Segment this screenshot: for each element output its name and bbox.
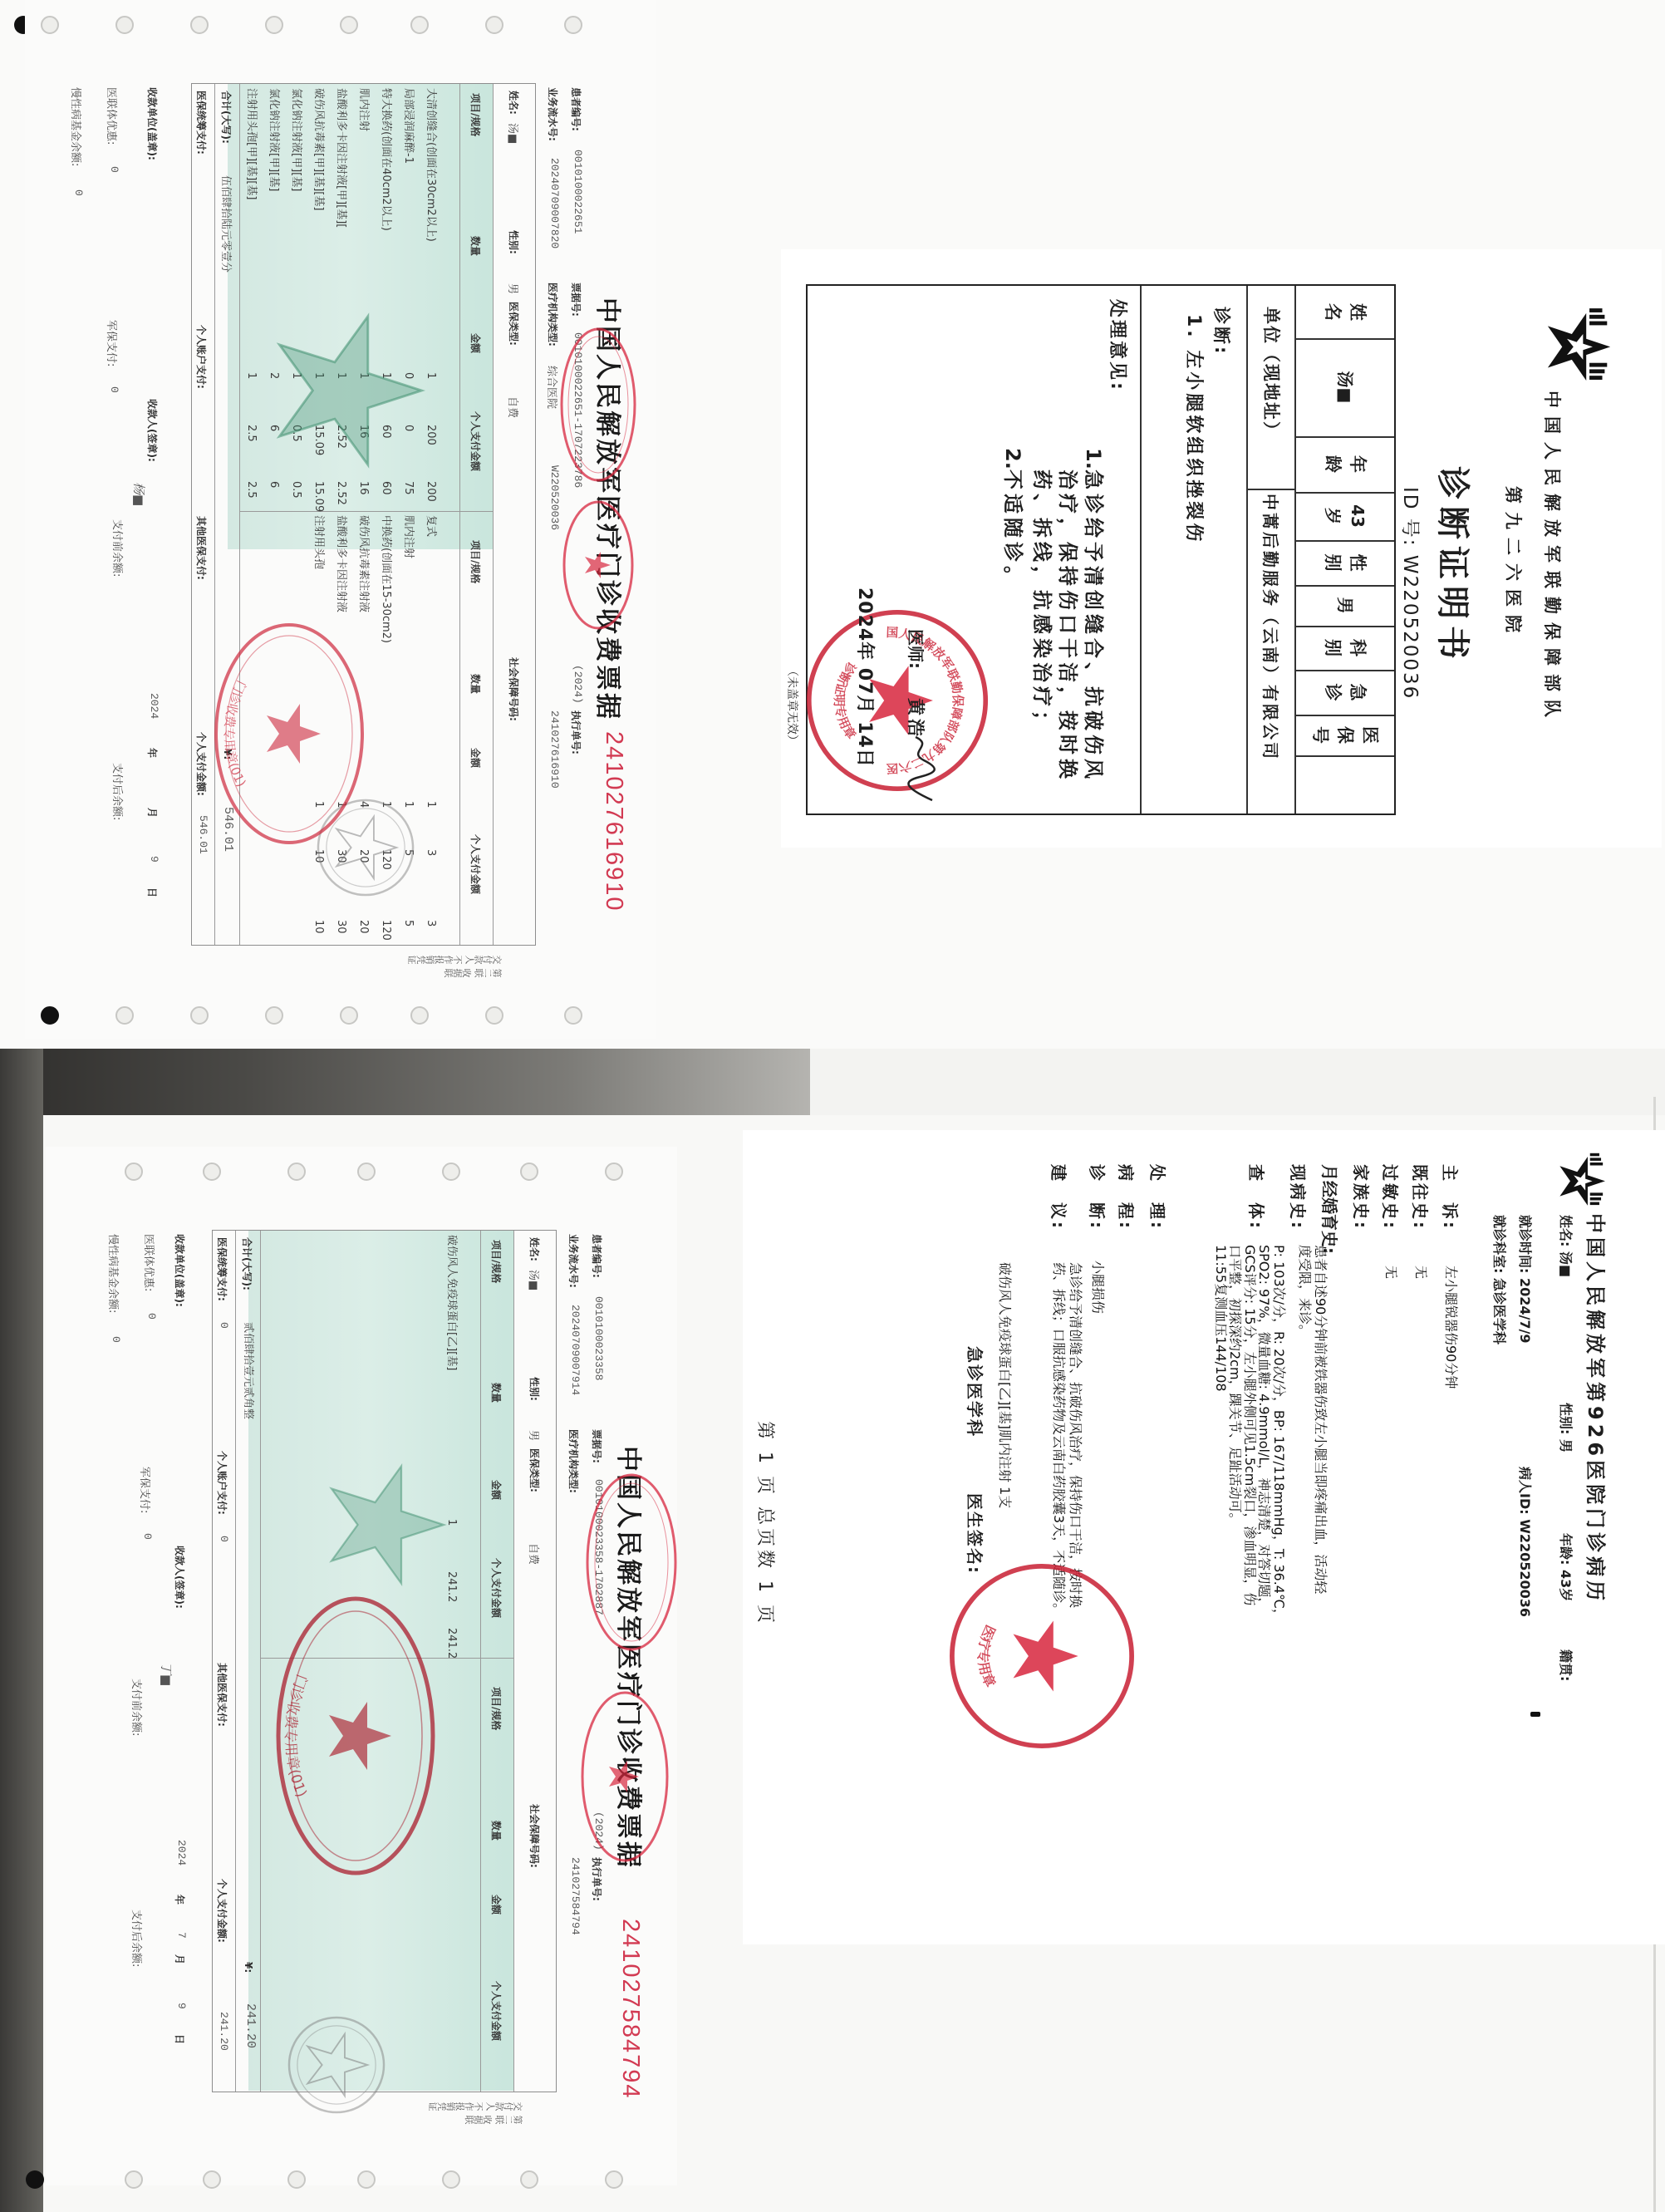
total-amount: 241.20 — [243, 2003, 258, 2048]
date-year-unit: 年 — [173, 1895, 187, 1905]
date-day-unit: 日 — [173, 2034, 187, 2044]
chronic-fund: 0 — [110, 1336, 122, 1343]
business-no-label: 业务流水号: — [546, 87, 560, 141]
perforation-hole — [485, 16, 503, 34]
hospital-logo-icon — [1555, 1151, 1610, 1209]
col-qty: 数量 — [489, 1383, 503, 1403]
opinion-item: 1. 急诊给予清创缝合、抗破伤风治疗，保持伤口干洁，按时换药、拆线，抗感染治疗； — [1029, 448, 1106, 785]
section-label-advice: 建 议: — [1048, 1164, 1072, 1231]
item-personal: 30 — [330, 920, 352, 934]
patient-id-field: 病人ID: W220520036 — [1516, 1467, 1535, 1617]
opinion-item: 2. 不适随诊。 — [999, 448, 1025, 785]
balance-after-label: 支付后余额: — [111, 763, 126, 820]
fund-pay-label: 医保统筹支付: — [215, 1237, 229, 1301]
name-label-cell: 姓名 — [1296, 286, 1394, 338]
item-name: 盐酸利多卡因注射液[甲][基][ — [330, 88, 352, 228]
side-note-line: 第二联 收据联 — [465, 2114, 523, 2125]
ssn-label: 社会保障号码: — [528, 1804, 542, 1868]
other-pay-label: 其他医保支付: — [194, 516, 209, 580]
item-name: 复式 — [420, 515, 442, 537]
sign-department: 急诊医学科 — [964, 1346, 988, 1438]
date-day-unit: 日 — [145, 887, 160, 897]
perforation-hole — [203, 1163, 221, 1181]
perforation-hole — [564, 16, 582, 34]
perforation-hole — [125, 2170, 143, 2189]
section-label-treatment: 处 理: — [1147, 1164, 1171, 1231]
row-divider — [235, 1231, 236, 2092]
item-personal: 3 — [420, 920, 442, 927]
medication-order: 破伤风人免疫球蛋白[乙][基]肌内注射 1支 — [996, 1262, 1015, 1508]
item-personal: 200 — [420, 481, 442, 502]
item-name: 肌内注射 — [352, 88, 375, 131]
col-item: 项目/规格 — [469, 93, 483, 136]
payee-label: 收款人(签章): — [145, 399, 160, 462]
opinion-number: 2. — [999, 448, 1025, 469]
dept-value: 急诊 — [1320, 682, 1370, 701]
outpatient-record: 中国人民解放军第926医院门诊病历 姓名: 汤■ 性别: 男 年龄: 43岁 籍… — [743, 1130, 1665, 1944]
age-label: 年龄 — [1320, 455, 1370, 474]
item-name: 大清创缝合(创面在30cm2以上) — [420, 88, 442, 242]
military-pay-label: 军保支付: — [138, 1467, 154, 1513]
item-personal: 16 — [352, 481, 375, 495]
col-personal: 个人支付金额 — [469, 411, 483, 471]
unit-label: 单位（现地址） — [1260, 307, 1284, 440]
section-label-present-illness: 现病史: — [1287, 1164, 1311, 1231]
doctor-name: 黄浩 — [904, 698, 929, 740]
alliance-discount-label: 医联体优惠: — [105, 87, 120, 145]
balance-after-label: 支付后余额: — [130, 1910, 145, 1967]
item-personal: 75 — [397, 481, 420, 495]
diagnosis-certificate: 中国人民解放军联勤保障部队 第九二六医院 诊断证明书 ID 号: W220520… — [781, 249, 1662, 848]
side-note-line: 第二联 收据联 — [444, 967, 503, 978]
perforation-hole — [115, 1006, 134, 1025]
age-unit: 岁 — [1320, 508, 1345, 524]
exec-no: 241027584794 — [569, 1857, 582, 1935]
ink-mark — [1530, 1712, 1540, 1717]
section-label-course: 病 程: — [1115, 1164, 1139, 1231]
gender-label: 性别: — [507, 230, 521, 254]
insurance-type-value: 自费 — [506, 396, 522, 418]
military-pay: 0 — [108, 386, 120, 393]
opinion-label: 处理意见: — [1106, 299, 1132, 392]
text-line: 11:55复测血压144/108 — [1212, 1245, 1231, 1392]
military-pay-label: 军保支付: — [105, 320, 120, 366]
dept-cell: 急诊 — [1296, 670, 1394, 715]
insurance-type-label: 医保类型: — [507, 302, 521, 346]
col-amount: 金额 — [489, 1895, 503, 1915]
gender-label: 性别 — [1320, 553, 1370, 572]
gender-value: 男 — [1558, 1439, 1574, 1453]
item-personal: 15.09 — [307, 481, 330, 512]
item-personal: 2.5 — [240, 481, 263, 499]
insurance-type-label: 医保类型: — [528, 1448, 542, 1492]
section-label-allergy: 过敏史: — [1379, 1164, 1403, 1231]
personal-pay-label: 个人支付金额: — [194, 732, 209, 796]
supervision-stamp-icon — [558, 326, 638, 484]
patient-no: 0010100023358 — [592, 1296, 605, 1380]
item-name: 氯化钠注射液[甲][基] — [263, 88, 285, 191]
balance-before-label: 支付前余额: — [130, 1679, 145, 1736]
perforation-hole — [287, 1163, 306, 1181]
hospital-logo-icon — [1545, 305, 1613, 386]
item-personal: 6 — [263, 481, 285, 488]
patient-name: 汤■ — [1333, 371, 1358, 404]
item-name: 注射用头孢 — [307, 515, 330, 569]
chronic-fund-label: 慢性病基金余额: — [106, 1234, 122, 1313]
record-title: 中国人民解放军第926医院门诊病历 — [1583, 1213, 1612, 1605]
desk-gap-band — [0, 1049, 810, 1115]
text-line: 左小腿锐器伤90分钟 — [1442, 1266, 1461, 1389]
other-pay-label: 其他医保支付: — [215, 1663, 229, 1727]
item-personal: 0.5 — [285, 481, 307, 499]
diagnosis-item: 1. 左小腿软组织挫裂伤 — [1182, 314, 1208, 544]
item-amount: 2.5 — [240, 425, 263, 442]
date-month-unit: 月 — [145, 808, 160, 818]
gender-label: 性别: — [528, 1377, 542, 1401]
patient-name: 汤■ — [1558, 1251, 1574, 1277]
date-year: 2024 — [148, 693, 160, 719]
emblem-stamp-icon — [285, 2013, 388, 2116]
certificate-title: 诊断证明书 — [1432, 466, 1479, 666]
gender-field: 性别: 男 — [1557, 1403, 1576, 1453]
fund-pay-label: 医保统筹支付: — [194, 91, 209, 155]
account-pay-label: 个人账户支付: — [194, 325, 209, 389]
age-label-cell: 年龄 — [1296, 436, 1394, 492]
text-line: 无 — [1383, 1266, 1402, 1279]
total-label: 合计(大写): — [219, 91, 233, 144]
item-name: 氯化钠注射液[甲][基] — [285, 88, 307, 191]
watermark-star-icon — [324, 1462, 449, 1587]
perforation-hole — [287, 2170, 306, 2189]
item-personal: 5 — [397, 920, 420, 927]
col-item: 项目/规格 — [489, 1240, 503, 1283]
perforation-hole — [564, 1006, 582, 1025]
item-amount: 3 — [420, 849, 442, 856]
certificate-date: 2024年 07月 14日 — [853, 587, 879, 768]
date-day: 9 — [175, 2003, 188, 2009]
total-currency: ¥: — [243, 1962, 254, 1973]
payee-unit-label: 收款单位(盖章): — [145, 87, 160, 160]
text-line: 度受限，来诊。 — [1296, 1245, 1315, 1338]
id-value: W220520036 — [1399, 555, 1421, 700]
patient-name: 汤■ — [506, 123, 522, 144]
fee-stamp-icon: 门诊收费专用章(01) — [274, 1595, 437, 1877]
visit-time-field: 就诊时间: 2024/7/9 — [1516, 1215, 1535, 1343]
text-line: 无 — [1412, 1266, 1432, 1279]
exec-no: 241027616910 — [548, 710, 561, 789]
patient-no: 0010100022651 — [572, 150, 584, 233]
row-divider — [1140, 286, 1142, 814]
col-personal: 个人支付金额 — [489, 1981, 503, 2041]
perforation-hole — [520, 2170, 538, 2189]
svg-text:门诊收费专用章(01): 门诊收费专用章(01) — [222, 678, 249, 789]
row-divider — [480, 1231, 481, 2092]
receipt-1: 姓名: 汤■ 性别: 男 医保类型: 自费 社会保障号码: 项目/规格 数量 金… — [25, 0, 656, 1039]
insurance-cell — [1296, 755, 1394, 817]
col-qty: 数量 — [469, 674, 483, 694]
perforation-hole — [410, 1006, 429, 1025]
gender-value: 男 — [506, 283, 522, 294]
age-cell: 43 岁 — [1296, 492, 1394, 540]
native-label: 籍贯: — [1558, 1649, 1574, 1681]
business-no: 20240709007914 — [569, 1305, 582, 1395]
item-personal: 20 — [352, 920, 375, 934]
receipt-2: 姓名: 汤■ 性别: 男 医保类型: 自费 社会保障号码: 项目/规格 数量 金… — [46, 1147, 677, 2185]
item-name: 肌内注射 — [397, 515, 420, 558]
alliance-discount: 0 — [108, 166, 120, 173]
gender-value: 男 — [527, 1430, 543, 1441]
doctor-signature-icon — [899, 735, 941, 802]
side-note: 第二联 收据联 交付款人 不作报销凭证 — [219, 952, 502, 979]
item-personal: 60 — [375, 481, 397, 495]
fund-pay-value: 0 — [218, 1322, 230, 1329]
item-row: 复式 1 3 3 — [420, 511, 442, 946]
name-cell: 汤■ — [1296, 338, 1394, 436]
perforation-hole — [340, 16, 358, 34]
watermark-star-icon — [270, 312, 428, 469]
insurance-label: 医保号 — [1308, 725, 1383, 745]
col-qty: 数量 — [489, 1821, 503, 1841]
item-row: 注射用头孢[甲][基][基] 1 2.5 2.5 — [240, 84, 263, 511]
patient-name: 汤■ — [527, 1270, 543, 1290]
payee-unit-label: 收款单位(盖章): — [173, 1234, 187, 1307]
svg-text:门诊收费专用章(01): 门诊收费专用章(01) — [282, 1672, 310, 1800]
age-field: 年龄: 43岁 — [1557, 1533, 1576, 1601]
insurance-type-value: 自费 — [527, 1543, 543, 1565]
row-divider — [513, 1231, 514, 2092]
date-month-unit: 月 — [173, 1954, 187, 1964]
section-label-past-history: 既往史: — [1409, 1164, 1433, 1231]
hospital-oval-stamp-icon — [579, 1689, 670, 1864]
perforation-hole — [442, 1163, 460, 1181]
payee-signature: 杨■ — [130, 482, 148, 506]
cell-divider — [1248, 489, 1296, 490]
perforation-hole — [115, 16, 134, 34]
perforation-hole — [520, 1163, 538, 1181]
perforation-hole — [410, 16, 429, 34]
side-note-line: 交付款人 不作报销凭证 — [429, 2101, 523, 2111]
bill-no-label: 票据号: — [590, 1429, 604, 1463]
item-name: 破伤风人免疫球蛋白[乙][基] — [440, 1235, 463, 1370]
stamp-text: 医疗专用章 — [975, 1623, 999, 1690]
perforation-hole — [442, 2170, 460, 2189]
id-label: ID 号: — [1399, 487, 1421, 548]
patient-no-label: 患者编号: — [569, 87, 583, 131]
stamp-text: 门诊收费专用章(01) — [222, 678, 249, 789]
gender-cell: 男 — [1296, 585, 1394, 626]
item-personal: 241.2 — [440, 1628, 463, 1659]
text-line: 急诊给予清创缝合、抗破伤风治疗，保持伤口干洁，按时换 — [1067, 1262, 1086, 1608]
item-name: 中换药(创面在15-30cm2) — [375, 515, 397, 643]
gender-label: 性别: — [1558, 1403, 1574, 1434]
org-name: 中国人民解放军联勤保障部队 — [1540, 391, 1565, 725]
total-words: 贰佰肆拾壹元贰角整 — [242, 1322, 258, 1419]
section-label-chief-complaint: 主 诉: — [1439, 1164, 1463, 1231]
diagnosis-label: 诊断: — [1210, 307, 1235, 356]
item-personal: 10 — [307, 920, 330, 934]
name-label: 姓名: — [528, 1237, 542, 1261]
section-label-physical-exam: 查 体: — [1245, 1164, 1270, 1231]
personal-pay-label: 个人支付金额: — [215, 1879, 229, 1943]
dept-value: 急诊医学科 — [1491, 1278, 1507, 1344]
year-tag: (2024) — [572, 665, 584, 704]
perforation-hole — [605, 1163, 623, 1181]
row-divider — [459, 84, 460, 945]
punch-hole — [26, 2170, 44, 2189]
opinion-text: 不适随诊。 — [999, 469, 1025, 785]
payee-signature: 丁■ — [158, 1662, 175, 1686]
perforation-hole — [485, 1006, 503, 1025]
item-name: 局部浸润麻醉-1 — [397, 88, 420, 164]
institution-type-label: 医疗机构类型: — [567, 1429, 581, 1493]
perforation-hole — [190, 1006, 209, 1025]
gender-label-cell: 性别 — [1296, 540, 1394, 585]
item-row: 破伤风人免疫球蛋白[乙][基] 1 241.2 241.2 — [440, 1231, 463, 1658]
col-amount: 金额 — [469, 748, 483, 768]
age-label: 年龄: — [1558, 1533, 1574, 1565]
business-no-label: 业务流水号: — [567, 1234, 581, 1288]
visit-time-label: 就诊时间: — [1517, 1215, 1533, 1273]
name-field: 姓名: 汤■ — [1557, 1215, 1576, 1277]
date-year-unit: 年 — [145, 748, 160, 758]
perforation-hole — [125, 1163, 143, 1181]
age-value: 43岁 — [1558, 1570, 1574, 1601]
validity-note: （未盖章无效） — [784, 665, 801, 746]
col-item: 项目/规格 — [489, 1687, 503, 1730]
item-name: 注射用头孢[甲][基][基] — [240, 88, 263, 199]
total-label: 合计(大写): — [240, 1237, 254, 1290]
item-name: 破伤风抗毒素[甲][基][基] — [307, 88, 330, 210]
supervision-stamp-icon — [584, 1472, 679, 1653]
bill-no-label: 票据号: — [569, 283, 583, 317]
perforation-hole — [340, 1006, 358, 1025]
personal-pay-value: 546.01 — [197, 815, 209, 854]
patient-id: W220520036 — [1517, 1519, 1533, 1617]
desk-left-strip — [0, 1049, 43, 2212]
item-qty: 1 — [420, 801, 442, 808]
svg-text:医疗专用章: 医疗专用章 — [975, 1623, 999, 1690]
date-year: 2024 — [175, 1840, 188, 1865]
dept-label-cell: 科别 — [1296, 626, 1394, 670]
name-label: 姓名: — [1558, 1215, 1574, 1246]
stamp-text: 门诊收费专用章(01) — [282, 1672, 310, 1800]
perforation-hole — [41, 16, 59, 34]
receipt-serial-number: 241027584794 — [616, 1919, 644, 2100]
item-name: 破伤风抗毒素注射液 — [352, 515, 375, 612]
page-number: 第 1 页 总页数 1 页 — [754, 1421, 779, 1626]
opinion-list: 1. 急诊给予清创缝合、抗破伤风治疗，保持伤口干洁，按时换药、拆线，抗感染治疗；… — [996, 448, 1106, 785]
business-no: 20240709007820 — [548, 158, 561, 248]
native-field: 籍贯: — [1557, 1649, 1576, 1681]
text-line: 小腿损伤 — [1089, 1261, 1108, 1314]
insurance-label-cell: 医保号 — [1296, 715, 1394, 755]
alliance-discount-label: 医联体优惠: — [142, 1234, 158, 1291]
section-label-diagnosis: 诊 断: — [1086, 1164, 1110, 1231]
date-month: 7 — [175, 1932, 188, 1939]
section-label-menstrual-history: 月经婚育史: — [1319, 1164, 1343, 1254]
hospital-oval-stamp-icon — [561, 499, 636, 632]
perforation-hole — [357, 2170, 376, 2189]
chronic-fund-label: 慢性病基金余额: — [69, 87, 85, 166]
payee-label: 收款人(签章): — [173, 1546, 187, 1609]
military-pay: 0 — [141, 1533, 154, 1540]
perforation-hole — [605, 2170, 623, 2189]
item-personal: 2.52 — [330, 481, 352, 505]
perforation-hole — [203, 2170, 221, 2189]
chronic-fund: 0 — [72, 189, 85, 196]
section-label-family-history: 家族史: — [1350, 1164, 1374, 1231]
dept-label: 就诊科室: — [1491, 1215, 1507, 1273]
total-words: 伍佰肆拾陆元零壹分 — [219, 175, 235, 273]
item-name: 盐酸利多卡因注射液 — [330, 515, 352, 612]
balance-before-label: 支付前余额: — [111, 519, 126, 577]
dept-field: 就诊科室: 急诊医学科 — [1491, 1215, 1510, 1344]
unit-value: 中蒿后勤服务（云南）有限公司 — [1260, 494, 1284, 761]
opinion-text: 急诊给予清创缝合、抗破伤风治疗，保持伤口干洁，按时换药、拆线，抗感染治疗； — [1029, 469, 1106, 785]
gender-value: 男 — [1333, 597, 1358, 614]
name-label: 姓名: — [507, 91, 521, 115]
exec-no-label: 执行单号: — [569, 710, 583, 755]
item-name: 特大换药(创面在40cm2以上) — [375, 88, 397, 231]
col-personal: 个人支付金额 — [489, 1558, 503, 1618]
item-qty: 1 — [240, 372, 263, 379]
doctor-label: 医师: — [905, 629, 929, 669]
fee-stamp-icon: 门诊收费专用章(01) — [212, 621, 366, 847]
item-personal: 120 — [375, 920, 397, 941]
patient-no-label: 患者编号: — [590, 1234, 604, 1278]
age-value: 43 — [1345, 504, 1370, 528]
items-left: 破伤风人免疫球蛋白[乙][基] 1 241.2 241.2 — [261, 1231, 463, 1658]
name-label: 姓名 — [1320, 302, 1370, 322]
certificate-stamp-icon: 中国人民解放军联勤保障部队第九二六医院 诊断证明专用章 — [803, 607, 991, 794]
certificate-id-label: ID 号: W220520036 — [1398, 487, 1426, 700]
account-pay-label: 个人账户支付: — [215, 1451, 229, 1515]
perforation-hole — [41, 1006, 59, 1025]
col-amount: 金额 — [469, 333, 483, 353]
col-qty: 数量 — [469, 236, 483, 256]
perforation-hole — [357, 1163, 376, 1181]
date-day: 9 — [148, 856, 160, 863]
perforation-hole — [190, 16, 209, 34]
visit-time: 2024/7/9 — [1517, 1278, 1533, 1343]
patient-id-label: 病人ID: — [1517, 1467, 1533, 1515]
hospital-name: 第九二六医院 — [1501, 486, 1526, 641]
receipt-serial-number: 241027616910 — [600, 731, 627, 912]
perforation-hole — [265, 16, 283, 34]
hospital-stamp-icon: 医疗专用章 — [946, 1561, 1137, 1752]
row-divider — [1246, 286, 1248, 814]
row-divider — [493, 84, 494, 945]
col-personal: 个人支付金额 — [469, 834, 483, 894]
ssn-label: 社会保障号码: — [507, 657, 521, 721]
opinion-number: 1. — [1029, 448, 1106, 469]
side-note-line: 交付款人 不作报销凭证 — [408, 954, 503, 965]
account-pay-value: 0 — [218, 1536, 230, 1542]
perforation-hole — [265, 1006, 283, 1025]
alliance-discount: 0 — [145, 1313, 158, 1320]
personal-pay-value: 241.20 — [218, 2012, 230, 2051]
dept-label: 科别 — [1320, 638, 1370, 657]
col-amount: 金额 — [489, 1480, 503, 1500]
col-item: 项目/规格 — [469, 540, 483, 583]
